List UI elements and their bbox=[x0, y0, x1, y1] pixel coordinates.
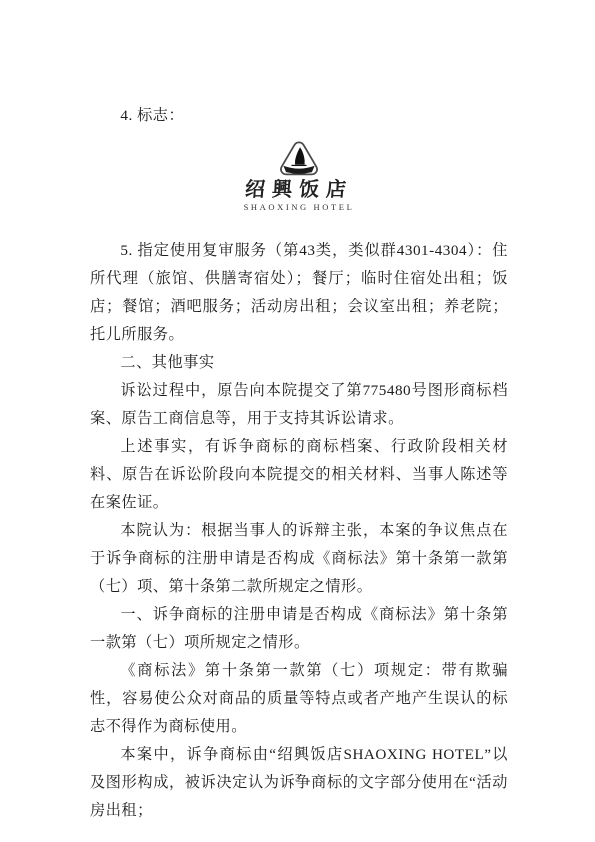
item4-label: 4. 标志： bbox=[90, 102, 508, 130]
section-heading-other-facts: 二、其他事实 bbox=[90, 349, 508, 377]
paragraph-issue-one-heading: 一、诉争商标的注册申请是否构成《商标法》第十条第一款第（七）项所规定之情形。 bbox=[90, 601, 508, 657]
document-body: 4. 标志： 绍興饭店 SHAOXING HOTEL 5. 指定使用复审服务（第… bbox=[90, 102, 508, 825]
boat-emblem-icon bbox=[277, 140, 321, 177]
page-number: 3 bbox=[0, 773, 595, 784]
trademark-chinese-name: 绍興饭店 bbox=[89, 179, 509, 201]
trademark-english-name: SHAOXING HOTEL bbox=[90, 202, 508, 213]
trademark-logo: 绍興饭店 SHAOXING HOTEL bbox=[90, 140, 508, 213]
paragraph-law-provision: 《商标法》第十条第一款第（七）项规定：带有欺骗性，容易使公众对商品的质量等特点或… bbox=[90, 657, 508, 741]
document-page: 4. 标志： 绍興饭店 SHAOXING HOTEL 5. 指定使用复审服务（第… bbox=[0, 0, 595, 842]
paragraph-evidence: 上述事实，有诉争商标的商标档案、行政阶段相关材料、原告在诉讼阶段向本院提交的相关… bbox=[90, 433, 508, 517]
paragraph-court-opinion: 本院认为：根据当事人的诉辩主张，本案的争议焦点在于诉争商标的注册申请是否构成《商… bbox=[90, 517, 508, 601]
paragraph-litigation-submission: 诉讼过程中，原告向本院提交了第775480号图形商标档案、原告工商信息等，用于支… bbox=[90, 377, 508, 433]
paragraph-services: 5. 指定使用复审服务（第43类，类似群4301-4304）：住所代理（旅馆、供… bbox=[90, 237, 508, 349]
